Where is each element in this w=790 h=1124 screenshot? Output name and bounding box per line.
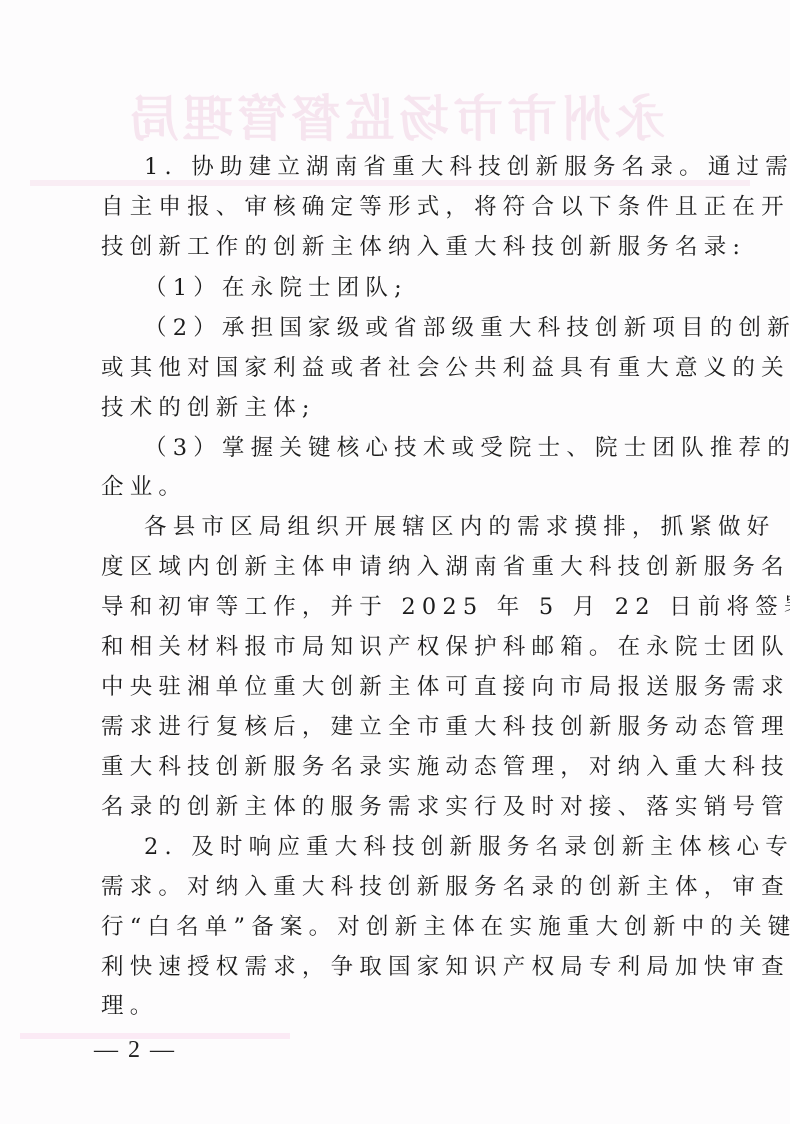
- text-line-22: 理。: [101, 986, 158, 1026]
- page-number: — 2 —: [94, 1034, 176, 1066]
- text-line-8: （3）掌握关键核心技术或受院士、院士团队推荐的中小型: [144, 428, 790, 468]
- text-line-2: 自主申报、审核确定等形式，将符合以下条件且正在开展重大科: [101, 187, 790, 227]
- text-line-12: 导和初审等工作，并于 2025 年 5 月 22 日前将签署意见的申请表: [101, 587, 790, 627]
- text-line-10: 各县市区局组织开展辖区内的需求摸排，抓紧做好 2025 年: [144, 507, 790, 547]
- text-line-13: 和相关材料报市局知识产权保护科邮箱。在永院士团队、省级及: [101, 627, 790, 667]
- text-line-14: 中央驻湘单位重大创新主体可直接向市局报送服务需求。市局对: [101, 667, 790, 707]
- document-page: 1. 协助建立湖南省重大科技创新服务名录。通过需求调研、 自主申报、审核确定等形…: [0, 0, 790, 1124]
- text-line-3: 技创新工作的创新主体纳入重大科技创新服务名录:: [101, 227, 746, 267]
- text-line-5: （2）承担国家级或省部级重大科技创新项目的创新主体，: [144, 308, 790, 348]
- text-line-4: （1）在永院士团队;: [144, 268, 408, 308]
- text-line-15: 需求进行复核后，建立全市重大科技创新服务动态管理台账，对: [101, 707, 790, 747]
- text-line-1: 1. 协助建立湖南省重大科技创新服务名录。通过需求调研、: [144, 147, 790, 187]
- text-line-16: 重大科技创新服务名录实施动态管理，对纳入重大科技创新服务: [101, 747, 790, 787]
- text-line-21: 利快速授权需求，争取国家知识产权局专利局加快审查、优先审: [101, 947, 790, 987]
- text-line-7: 技术的创新主体;: [101, 388, 316, 428]
- text-line-11: 度区域内创新主体申请纳入湖南省重大科技创新服务名录的指: [101, 547, 790, 587]
- text-line-9: 企业。: [101, 467, 187, 507]
- text-line-18: 2. 及时响应重大科技创新服务名录创新主体核心专利申请: [144, 827, 790, 867]
- text-line-6: 或其他对国家利益或者社会公共利益具有重大意义的关键核心: [101, 348, 790, 388]
- text-line-17: 名录的创新主体的服务需求实行及时对接、落实销号管理。: [101, 787, 790, 827]
- text-line-19: 需求。对纳入重大科技创新服务名录的创新主体，审查业务部进: [101, 867, 790, 907]
- text-line-20: 行“白名单”备案。对创新主体在实施重大创新中的关键核心专: [101, 907, 790, 947]
